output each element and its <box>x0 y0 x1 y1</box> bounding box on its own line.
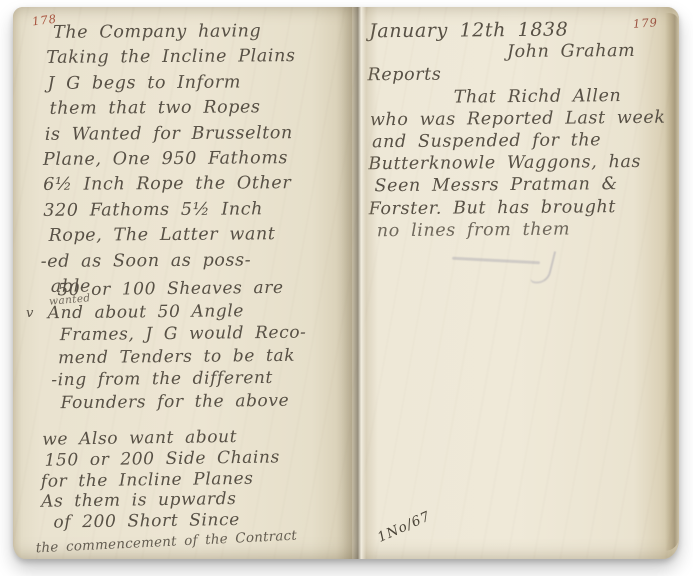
manuscript-line: mend Tenders to be tak <box>58 344 307 369</box>
manuscript-line: Forster. But has brought <box>369 195 667 220</box>
archive-shelfmark: 1No/67 <box>375 508 433 546</box>
manuscript-line: is Wanted for Brusselton <box>45 121 296 148</box>
manuscript-line: Rope, The Latter want <box>48 222 296 249</box>
manuscript-line: -ed as Soon as poss- <box>41 248 297 275</box>
date-line: January 12th 1838 <box>369 18 665 43</box>
manuscript-line: 320 Fathoms 5½ Inch <box>43 197 296 224</box>
left-paragraph-chains: we Also want about 150 or 200 Side Chain… <box>34 426 297 554</box>
open-notebook: 178 The Company having Taking the Inclin… <box>13 7 679 559</box>
manuscript-line: and Suspended for the <box>372 129 666 154</box>
manuscript-line: Taking the Incline Plains <box>46 45 295 72</box>
manuscript-photograph: 178 The Company having Taking the Inclin… <box>0 0 693 576</box>
manuscript-line: Plane, One 950 Fathoms <box>43 146 296 173</box>
manuscript-line: them that two Ropes <box>50 95 296 122</box>
manuscript-line: Founders for the above <box>60 390 307 415</box>
signature-line: John Graham <box>365 40 665 65</box>
manuscript-line: The Company having <box>53 19 295 46</box>
page-left: 178 The Company having Taking the Inclin… <box>13 7 352 559</box>
pencil-stroke-mark <box>530 247 556 286</box>
page-right: 179 January 12th 1838 John Graham Report… <box>352 7 679 559</box>
manuscript-line: 50 or 100 Sheaves are <box>57 277 306 302</box>
manuscript-line: who was Reported Last week <box>370 107 666 132</box>
left-paragraph-ropes: The Company having Taking the Incline Pl… <box>37 19 297 300</box>
pencil-smudge-mark <box>452 257 540 265</box>
manuscript-line: 6½ Inch Rope the Other <box>43 172 296 199</box>
page-fore-edge <box>665 13 679 551</box>
manuscript-line: That Richd Allen <box>454 84 666 108</box>
manuscript-line: -ing from the different <box>51 367 307 392</box>
manuscript-line: Frames, J G would Reco- <box>60 322 307 347</box>
manuscript-line: no lines from them <box>377 218 667 243</box>
manuscript-line: 150 or 200 Side Chains <box>44 447 296 471</box>
manuscript-line: J G begs to Inform <box>47 70 295 97</box>
manuscript-line: Reports <box>367 62 665 87</box>
right-report-paragraph: January 12th 1838 John Graham Reports Th… <box>365 18 667 243</box>
manuscript-line: Butterknowle Waggons, has <box>368 151 666 176</box>
insertion-caret-mark: v <box>26 306 33 321</box>
manuscript-line: Seen Messrs Pratman & <box>374 173 666 198</box>
